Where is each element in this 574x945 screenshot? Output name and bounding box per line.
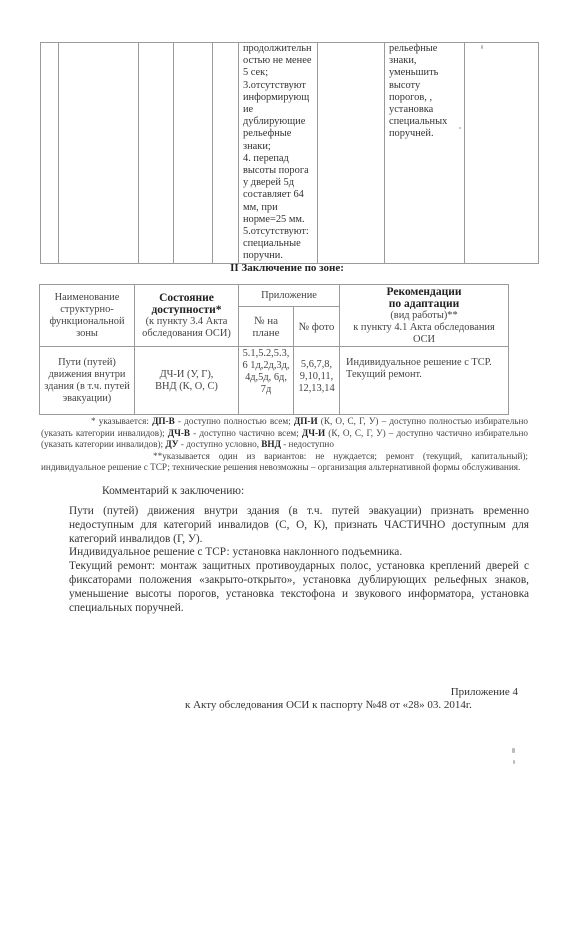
annex-label: Приложение 4 <box>451 686 518 698</box>
header-rec-sub-1: (вид работы)** <box>342 310 506 322</box>
comment-paragraph: Текущий ремонт: монтаж защитных противоу… <box>69 560 529 615</box>
cell-status: ДЧ-И (У, Г), ВНД (К, О, С) <box>135 347 239 415</box>
text-line: высоту <box>389 80 460 92</box>
term-dch-v: ДЧ-В <box>168 428 190 438</box>
text-line: ие <box>243 104 313 116</box>
header-status: Состояние доступности* (к пункту 3.4 Акт… <box>135 285 239 347</box>
term-desc: - доступно частично всем; <box>190 428 302 438</box>
comment-paragraph: Индивидуальное решение с ТСР: установка … <box>69 546 529 560</box>
text-line: уменьшить <box>389 67 460 79</box>
findings-text: продолжительностью не менее5 сек;3.отсут… <box>243 43 313 263</box>
comment-body: Пути (путей) движения внутри здания (в т… <box>69 505 529 615</box>
cell-photo-no: 5,6,7,8, 9,10,11, 12,13,14 <box>294 347 340 415</box>
comment-title: Комментарий к заключению: <box>102 485 244 497</box>
scan-speck <box>513 760 515 764</box>
footnote-prefix: * указывается: <box>91 416 152 426</box>
cell-recommendations: рельефныезнаки,уменьшитьвысотупорогов, ,… <box>385 43 465 264</box>
text-line: знаки, <box>389 55 460 67</box>
text-line: информирующ <box>243 92 313 104</box>
cell-empty-7 <box>318 43 385 264</box>
recommendation-1: Индивидуальное решение с ТСР. <box>346 357 506 369</box>
text-line: поручней. <box>389 128 460 140</box>
term-dp-i: ДП-И <box>294 416 318 426</box>
table-header-row: Наименование структурно-функциональной з… <box>40 285 509 307</box>
cell-zone-name: Пути (путей) движения внутри здания (в т… <box>40 347 135 415</box>
text-line: поручни. <box>243 250 313 262</box>
scan-speck <box>459 127 461 129</box>
text-line: высоты порога <box>243 165 313 177</box>
section-title: II Заключение по зоне: <box>0 262 574 274</box>
text-line: специальных <box>389 116 460 128</box>
header-rec-sub-2: к пункту 4.1 Акта обследования ОСИ <box>342 322 506 346</box>
cell-empty-3 <box>139 43 174 264</box>
header-plan-no: № на плане <box>239 307 294 347</box>
comment-paragraph: Пути (путей) движения внутри здания (в т… <box>69 505 529 546</box>
text-line: дублирующие <box>243 116 313 128</box>
cell-findings: продолжительностью не менее5 сек;3.отсут… <box>239 43 318 264</box>
text-line: 3.отсутствуют <box>243 80 313 92</box>
cell-empty-4 <box>174 43 213 264</box>
cell-recommendation: Индивидуальное решение с ТСР. Текущий ре… <box>340 347 509 415</box>
term-dp-v: ДП-В <box>152 416 175 426</box>
header-rec-title-2: по адаптации <box>342 298 506 310</box>
annex-reference: к Акту обследования ОСИ к паспорту №48 о… <box>185 699 472 711</box>
text-line: 5.отсутствуют: <box>243 226 313 238</box>
accessibility-findings-table-continuation: продолжительностью не менее5 сек;3.отсут… <box>40 42 539 264</box>
cell-empty-5 <box>213 43 239 264</box>
text-line: специальные <box>243 238 313 250</box>
text-line: продолжительн <box>243 43 313 55</box>
text-line: мм, при <box>243 202 313 214</box>
term-dch-i: ДЧ-И <box>302 428 325 438</box>
header-zone-name: Наименование структурно-функциональной з… <box>40 285 135 347</box>
term-desc: - доступно полностью всем; <box>175 416 294 426</box>
text-line: составляет 64 <box>243 189 313 201</box>
recommendation-2: Текущий ремонт. <box>346 369 506 381</box>
table-row: Пути (путей) движения внутри здания (в т… <box>40 347 509 415</box>
text-line: знаки; <box>243 141 313 153</box>
header-status-sub: (к пункту 3.4 Акта обследования ОСИ) <box>137 316 236 340</box>
header-recommendations: Рекомендации по адаптации (вид работы)**… <box>340 285 509 347</box>
cell-zone <box>59 43 139 264</box>
text-line: у дверей 5д <box>243 177 313 189</box>
scan-speck <box>512 748 515 753</box>
text-line: 5 сек; <box>243 67 313 79</box>
term-desc: - доступно условно, <box>179 439 262 449</box>
text-line: порогов, , <box>389 92 460 104</box>
term-vnd: ВНД <box>261 439 281 449</box>
term-desc: - недоступно <box>281 439 334 449</box>
cell-number <box>41 43 59 264</box>
header-rec-title-1: Рекомендации <box>342 286 506 298</box>
status-value-1: ДЧ-И (У, Г), <box>137 369 236 381</box>
footnote-work-types: **указывается один из вариантов: не нужд… <box>41 451 528 474</box>
table-row: продолжительностью не менее5 сек;3.отсут… <box>41 43 539 264</box>
text-line: 4. перепад <box>243 153 313 165</box>
term-du: ДУ <box>165 439 178 449</box>
text-line: норме=25 мм. <box>243 214 313 226</box>
text-line: остью не менее <box>243 55 313 67</box>
recommendations-text: рельефныезнаки,уменьшитьвысотупорогов, ,… <box>389 43 460 141</box>
status-value-2: ВНД (К, О, С) <box>137 381 236 393</box>
footnote-status-legend: * указывается: ДП-В - доступно полностью… <box>41 416 528 451</box>
text-line: установка <box>389 104 460 116</box>
header-photo-no: № фото <box>294 307 340 347</box>
zone-conclusion-table: Наименование структурно-функциональной з… <box>39 284 509 415</box>
footnotes: * указывается: ДП-В - доступно полностью… <box>41 416 528 474</box>
header-status-title: Состояние доступности* <box>137 292 236 316</box>
text-line: рельефные <box>243 128 313 140</box>
cell-plan-no: 5.1,5.2,5.3, 6 1д,2д,3д, 4д,5д, 6д, 7д <box>239 347 294 415</box>
text-line: рельефные <box>389 43 460 55</box>
scan-speck <box>481 45 483 49</box>
cell-empty-9 <box>465 43 539 264</box>
header-appendix: Приложение <box>239 285 340 307</box>
